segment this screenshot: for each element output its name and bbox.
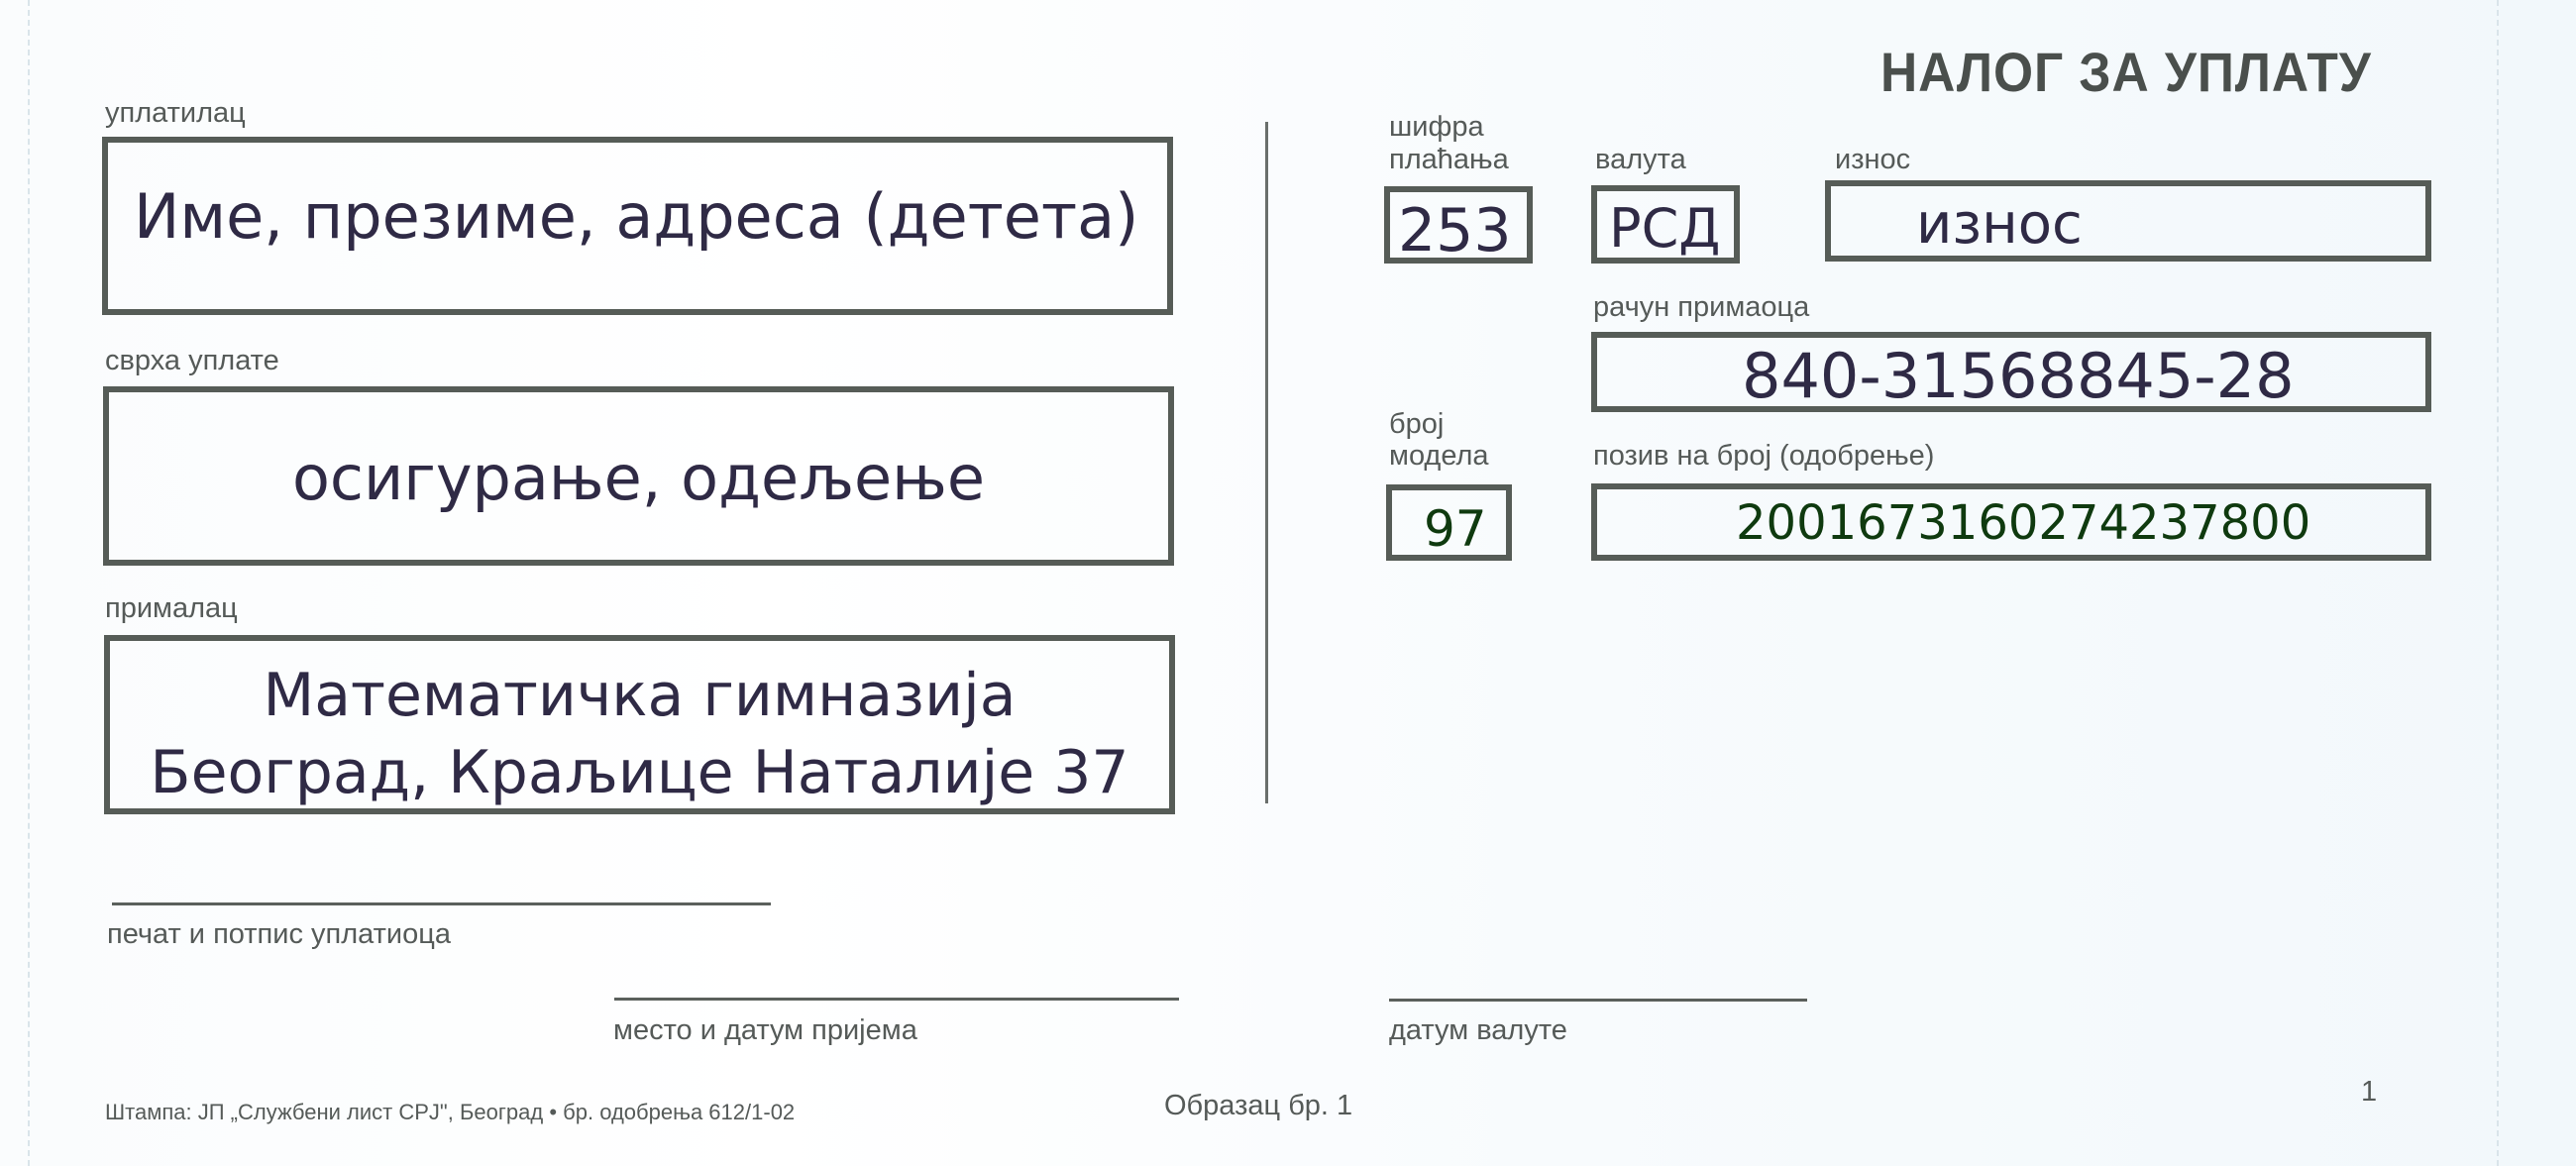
payment-slip: НАЛОГ ЗА УПЛАТУ уплатилац Име, презиме, …: [0, 0, 2576, 1166]
payer-field[interactable]: Име, презиме, адреса (детета): [102, 137, 1173, 315]
recipient-account-value: 840-31568845-28: [1742, 340, 2295, 412]
amount-value: износ: [1916, 192, 2083, 257]
recipient-value-line1: Математичка гимназија: [110, 661, 1169, 730]
model-number-label-line1: број: [1389, 408, 1444, 441]
model-number-value: 97: [1424, 500, 1487, 558]
purpose-field[interactable]: осигурање, одељење: [103, 386, 1174, 566]
recipient-label: прималац: [105, 592, 238, 625]
purpose-value: осигурање, одељење: [109, 442, 1168, 514]
signature-line: [112, 902, 771, 905]
value-date-label: датум валуте: [1389, 1014, 1567, 1047]
model-number-field[interactable]: 97: [1386, 484, 1512, 561]
currency-label: валута: [1595, 144, 1686, 176]
amount-field[interactable]: износ: [1825, 180, 2431, 262]
imprint-text: Штампа: ЈП „Службени лист СРЈ", Београд …: [105, 1100, 795, 1125]
currency-value: РСД: [1609, 197, 1720, 260]
section-divider: [1265, 122, 1268, 803]
place-date-label: место и датум пријема: [613, 1014, 917, 1047]
reference-number-label: позив на број (одобрење): [1593, 440, 1934, 473]
payment-code-label-line1: шифра: [1389, 111, 1484, 144]
purpose-label: сврха уплате: [105, 345, 279, 377]
form-title: НАЛОГ ЗА УПЛАТУ: [1880, 40, 2372, 104]
place-date-line: [614, 998, 1179, 1001]
signature-label: печат и потпис уплатиоца: [107, 918, 451, 951]
reference-number-field[interactable]: 2001673160274237800: [1591, 483, 2431, 561]
amount-label: износ: [1835, 144, 1910, 176]
payment-code-label-line2: плаћања: [1389, 144, 1509, 176]
payment-code-value: 253: [1398, 196, 1512, 265]
form-number: Образац бр. 1: [1164, 1090, 1352, 1122]
payment-code-field[interactable]: 253: [1384, 186, 1533, 264]
recipient-value-line2: Београд, Краљице Наталије 37: [110, 738, 1169, 807]
left-perforation-edge: [28, 0, 30, 1166]
payer-value: Име, презиме, адреса (детета): [134, 180, 1138, 253]
recipient-field[interactable]: Математичка гимназија Београд, Краљице Н…: [104, 635, 1175, 814]
value-date-line: [1389, 999, 1807, 1002]
currency-field[interactable]: РСД: [1591, 185, 1740, 264]
reference-number-value: 2001673160274237800: [1736, 495, 2310, 551]
payer-label: уплатилац: [105, 97, 246, 130]
page-marker: 1: [2361, 1076, 2377, 1109]
model-number-label-line2: модела: [1389, 440, 1489, 473]
right-perforation-edge: [2497, 0, 2499, 1166]
recipient-account-field[interactable]: 840-31568845-28: [1591, 332, 2431, 412]
recipient-account-label: рачун примаоца: [1593, 291, 1809, 324]
